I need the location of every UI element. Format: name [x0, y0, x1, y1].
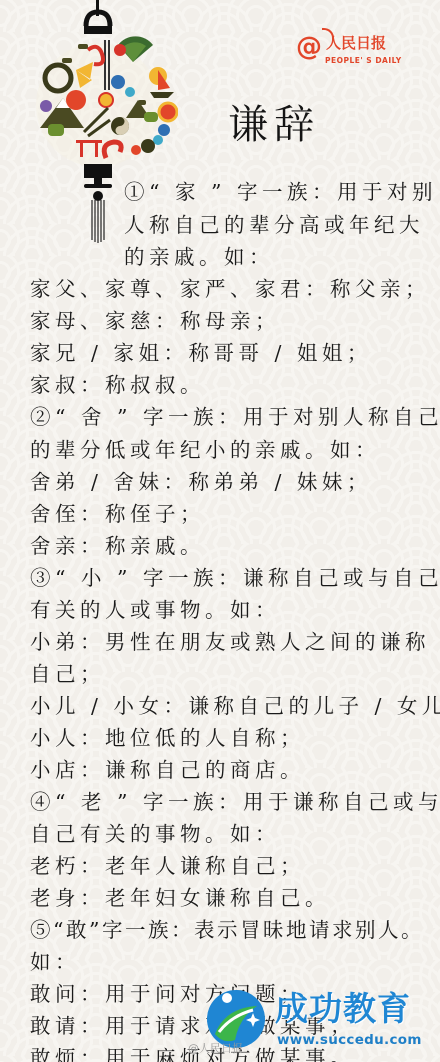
section-4-heading: ④“ 老 ” 字一族：用于谦称自己或与 — [30, 792, 440, 813]
section-2-heading: ②“ 舍 ” 字一族：用于对别人称自己 — [30, 407, 440, 428]
section-4-heading: 自己有关的事物。如： — [30, 824, 280, 845]
example-line: 家叔：称叔叔。 — [30, 375, 205, 396]
succedu-url: www.succedu.com — [277, 1034, 422, 1048]
lantern-collage-icon — [18, 0, 178, 245]
section-3-heading: ③“ 小 ” 字一族：谦称自己或与自己 — [30, 568, 440, 589]
example-line: 舍亲：称亲戚。 — [30, 536, 205, 557]
example-line: 小儿 / 小女：谦称自己的儿子 / 女儿； — [30, 696, 440, 717]
example-line: 舍侄：称侄子； — [30, 504, 205, 525]
section-5-heading: 如： — [30, 952, 80, 973]
logo-name-cn: 人民日报 — [326, 36, 386, 51]
logo-name-en: PEOPLE' S DAILY — [325, 56, 402, 65]
example-line: 家兄 / 家姐：称哥哥 / 姐姐； — [30, 343, 372, 364]
weibo-credit: @人民日报 — [188, 1043, 243, 1054]
example-line: 小人：地位低的人自称； — [30, 728, 305, 749]
section-3-heading: 有关的人或事物。如： — [30, 600, 280, 621]
section-2-heading: 的辈分低或年纪小的亲戚。如： — [30, 440, 380, 461]
example-line: 舍弟 / 舍妹：称弟弟 / 妹妹； — [30, 472, 372, 493]
section-1-heading: ①“ 家 ” 字一族：用于对别 — [124, 182, 437, 203]
example-line: 家母、家慈：称母亲； — [30, 311, 280, 332]
example-line: 自己； — [30, 664, 105, 685]
succedu-logo-icon — [205, 988, 267, 1050]
section-1-heading: 人称自己的辈分高或年纪大 — [124, 215, 424, 236]
peoples-daily-logo: @ 人民日报 PEOPLE' S DAILY — [296, 30, 426, 70]
example-line: 老身：老年妇女谦称自己。 — [30, 888, 330, 909]
example-line: 老朽：老年人谦称自己； — [30, 856, 305, 877]
section-1-heading: 的亲戚。如： — [124, 247, 274, 268]
example-line: 小弟：男性在朋友或熟人之间的谦称 — [30, 632, 430, 653]
succedu-name: 成功教育 — [275, 992, 411, 1025]
page-title: 谦辞 — [228, 105, 320, 145]
lantern-illustration — [18, 0, 178, 245]
logo-at-symbol: @ — [296, 34, 322, 60]
example-line: 小店：谦称自己的商店。 — [30, 760, 305, 781]
example-line: 家父、家尊、家严、家君：称父亲； — [30, 279, 430, 300]
section-5-heading: ⑤“敢”字一族：表示冒昧地请求别人。 — [30, 920, 424, 941]
